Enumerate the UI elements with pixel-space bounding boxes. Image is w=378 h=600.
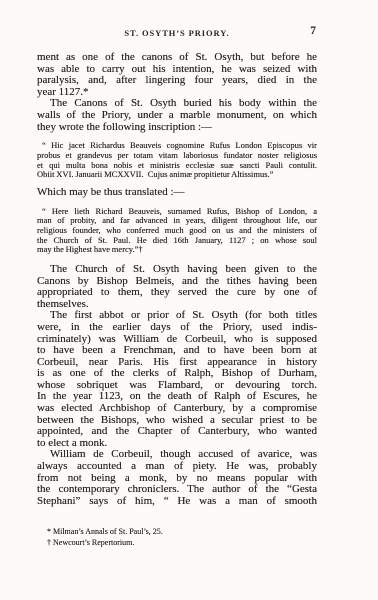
text-line: appropriated to them, they served the cu… <box>37 287 317 299</box>
text-line: In the year 1123, on the death of Ralph … <box>37 391 317 403</box>
footnotes: * Milman’s Annals of St. Paul’s, 25. † N… <box>37 526 317 548</box>
text-line: man of probity, and far advanced in year… <box>37 216 317 226</box>
text-line: the Church of St. Paul. He died 16th Jan… <box>37 236 317 246</box>
paragraph-canons: The Canons of St. Osyth buried his body … <box>37 98 317 133</box>
paragraph-continuation: ment as one of the canons of St. Osyth, … <box>37 52 317 98</box>
text-line: they wrote the following inscription :— <box>37 122 317 134</box>
text-line: paralysis, and, after lingering four yea… <box>37 75 317 87</box>
footnote-milman: * Milman’s Annals of St. Paul’s, 25. <box>37 526 317 537</box>
text-line: The Canons of St. Osyth buried his body … <box>37 98 317 110</box>
text-line: probus et grandevus per totam vitam labo… <box>37 151 317 161</box>
paragraph-church: The Church of St. Osyth having been give… <box>37 264 317 310</box>
text-line: “ Hic jacet Richardus Beauveis cognomine… <box>37 141 317 151</box>
text-line: is as one of the clerks of Ralph, Bishop… <box>37 368 317 380</box>
text-line: to have been a Frenchman, and to have be… <box>37 345 317 357</box>
paragraph-first-abbot: The first abbot or prior of St. Osyth (f… <box>37 310 317 449</box>
text-line: year 1127.* <box>37 87 317 99</box>
text-line: the contemporary chroniclers. The author… <box>37 484 317 496</box>
text-line: et qui multa bona nobis et ministris ecc… <box>37 161 317 171</box>
page-number: 7 <box>310 25 316 37</box>
text-line: between the Bishops, who wished a secula… <box>37 415 317 427</box>
text-line: Stephani” says of him, “ He was a man of… <box>37 496 317 508</box>
text-line: appointed, and the Chapter of Canterbury… <box>37 426 317 438</box>
text-line: William de Corbeuil, though accused of a… <box>37 449 317 461</box>
text-line: from not being a monk, by no means popul… <box>37 473 317 485</box>
text-line: Canons by Bishop Belmeis, and the tithes… <box>37 276 317 288</box>
text-line: criminately) was William de Corbeuil, wh… <box>37 334 317 346</box>
text-line: walls of the Priory, under a marble monu… <box>37 110 317 122</box>
text-line: was able to carry out his intention, he … <box>37 64 317 76</box>
text-line: to elect a monk. <box>37 438 317 450</box>
text-line: The Church of St. Osyth having been give… <box>37 264 317 276</box>
text-line: religious founder, who conferred much go… <box>37 226 317 236</box>
text-line: always accounted a man of piety. He was,… <box>37 461 317 473</box>
text-line: themselves. <box>37 299 317 311</box>
translation-intro: Which may be thus translated :— <box>37 187 317 199</box>
text-line: Which may be thus translated :— <box>37 187 317 199</box>
footnote-newcourt: † Newcourt’s Repertorium. <box>37 537 317 548</box>
page-header: ST. OSYTH’S PRIORY. 7 <box>37 27 317 38</box>
translation-quote: “ Here lieth Richard Beauveis, surnamed … <box>37 207 317 255</box>
running-title: ST. OSYTH’S PRIORY. <box>37 28 317 38</box>
latin-inscription-quote: “ Hic jacet Richardus Beauveis cognomine… <box>37 141 317 180</box>
text-line: Obiit XVI. Januarii MCXXVII. Cujus animæ… <box>37 170 317 180</box>
text-line: The first abbot or prior of St. Osyth (f… <box>37 310 317 322</box>
paragraph-william: William de Corbeuil, though accused of a… <box>37 449 317 507</box>
text-line: whose sobriquet was Flambard, or devouri… <box>37 380 317 392</box>
text-line: “ Here lieth Richard Beauveis, surnamed … <box>37 207 317 217</box>
text-line: Corbeuil, near Paris. His first appearan… <box>37 357 317 369</box>
text-line: ment as one of the canons of St. Osyth, … <box>37 52 317 64</box>
text-line: were, in the earlier days of the Priory,… <box>37 322 317 334</box>
book-page: ST. OSYTH’S PRIORY. 7 ment as one of the… <box>0 0 378 600</box>
text-line: may the Highest have mercy.”† <box>37 245 317 255</box>
text-line: was elected Archbishop of Canterbury, by… <box>37 403 317 415</box>
text-column: ST. OSYTH’S PRIORY. 7 ment as one of the… <box>37 27 317 548</box>
